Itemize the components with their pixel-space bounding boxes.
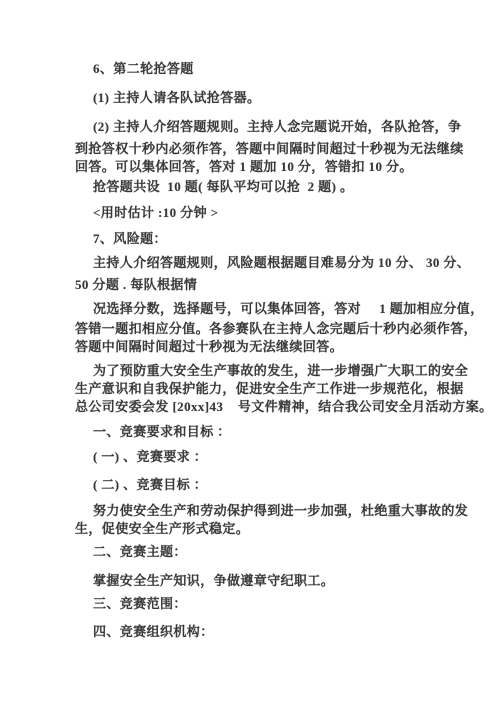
doc-line-purpose-end: 总公司安委会发 [20xx]43 号文件精神，结合我公司安全月活动方案。 bbox=[75, 398, 445, 415]
doc-line-section-1-1: ( 一) 、竞赛要求 ： bbox=[93, 448, 445, 465]
doc-line-time-estimate: <用时估计 :10 分钟 > bbox=[93, 204, 445, 221]
doc-line-section-1: 一、竞赛要求和目标 ： bbox=[93, 423, 445, 440]
doc-line-risk-choice: 况选择分数，选择题号，可以集体回答，答对 1 题加相应分值， bbox=[93, 300, 445, 317]
doc-line-risk-choice-cont: 答错一题扣相应分值。各参赛队在主持人念完题后十秒内必须作答， bbox=[75, 320, 445, 337]
doc-line-heading-7: 7、风险题： bbox=[93, 230, 445, 247]
doc-line-section-1-2: ( 二) 、竞赛目标 ： bbox=[93, 476, 445, 493]
doc-line-heading-6: 6、第二轮抢答题 bbox=[93, 60, 445, 77]
doc-line-goal-cont: 生，促使安全生产形式稳定。 bbox=[75, 520, 445, 537]
doc-line-item-1: (1) 主持人请各队试抢答器。 bbox=[93, 89, 445, 106]
doc-line-purpose: 为了预防重大安全生产事故的发生，进一步增强广大职工的安全 bbox=[93, 362, 445, 379]
doc-line-section-4: 四、竞赛组织机构： bbox=[93, 623, 445, 640]
doc-line-section-2: 二、竞赛主题： bbox=[93, 543, 445, 560]
doc-line-item-2: (2) 主持人介绍答题规则。主持人念完题说开始，各队抢答，争 bbox=[93, 118, 445, 135]
doc-line-goal: 努力使安全生产和劳动保护得到进一步加强，杜绝重大事故的发 bbox=[93, 502, 445, 519]
doc-line-item-2-cont: 到抢答权十秒内必须作答，答题中间隔时间超过十秒视为无法继续 bbox=[75, 140, 445, 157]
doc-line-question-count: 抢答题共设 10 题( 每队平均可以抢 2 题) 。 bbox=[93, 178, 445, 195]
doc-line-risk-rule-cont: 50 分题 . 每队根据情 bbox=[75, 276, 445, 293]
doc-line-risk-choice-end: 答题中间隔时间超过十秒视为无法继续回答。 bbox=[75, 338, 445, 355]
doc-line-purpose-cont: 生产意识和自我保护能力，促进安全生产工作进一步规范化，根据 bbox=[75, 380, 445, 397]
doc-line-section-3: 三、竞赛范围： bbox=[93, 595, 445, 612]
document-page: 6、第二轮抢答题 (1) 主持人请各队试抢答器。 (2) 主持人介绍答题规则。主… bbox=[0, 0, 500, 708]
doc-line-risk-rule: 主持人介绍答题规则，风险题根据题目难易分为 10 分、 30 分、 bbox=[93, 254, 445, 271]
doc-line-theme: 掌握安全生产知识，争做遵章守纪职工。 bbox=[93, 572, 445, 589]
doc-line-item-2-cont2: 回答。可以集体回答，答对 1 题加 10 分，答错扣 10 分。 bbox=[75, 158, 445, 175]
